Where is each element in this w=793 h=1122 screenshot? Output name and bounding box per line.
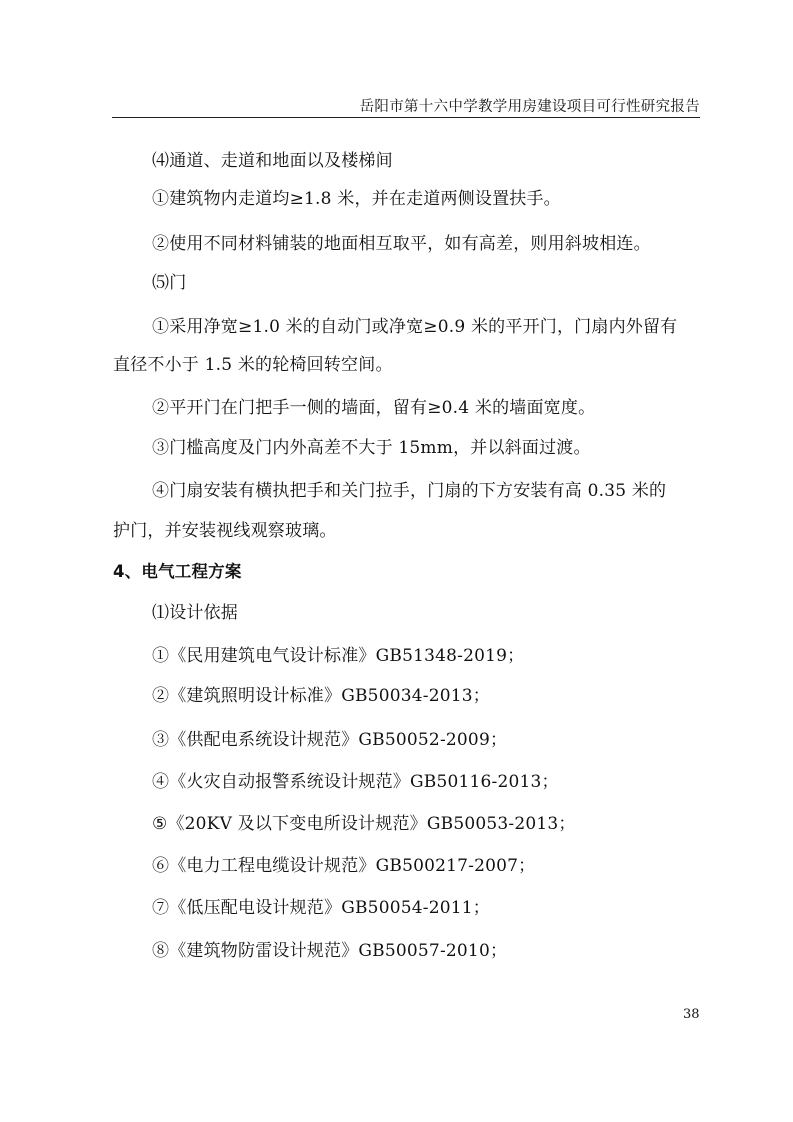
paragraph-line: ②平开门在门把手一侧的墙面，留有≥0.4 米的墙面宽度。 (152, 393, 595, 418)
standard-item: ⑧《建筑物防雷设计规范》GB50057-2010； (152, 936, 507, 961)
standard-item: ④《火灾自动报警系统设计规范》GB50116-2013； (152, 767, 559, 792)
page-number: 38 (683, 1007, 700, 1022)
subsection-heading: ⑷通道、走道和地面以及楼梯间 (152, 146, 393, 171)
subsection-heading: ⑸门 (152, 268, 186, 293)
paragraph-line: ④门扇安装有横执把手和关门拉手，门扇的下方安装有高 0.35 米的 (152, 476, 666, 501)
subsection-heading: ⑴设计依据 (152, 598, 238, 623)
paragraph-line: ①采用净宽≥1.0 米的自动门或净宽≥0.9 米的平开门，门扇内外留有 (152, 312, 677, 337)
paragraph-line: 护门，并安装视线观察玻璃。 (113, 516, 337, 541)
paragraph-line: ②使用不同材料铺装的地面相互取平，如有高差，则用斜坡相连。 (152, 229, 651, 254)
document-title: 岳阳市第十六中学教学用房建设项目可行性研究报告 (360, 95, 700, 116)
paragraph-line: ①建筑物内走道均≥1.8 米，并在走道两侧设置扶手。 (152, 184, 561, 209)
standard-item: ⑥《电力工程电缆设计规范》GB500217-2007； (152, 851, 535, 876)
standard-item: ②《建筑照明设计标准》GB50034-2013； (152, 681, 490, 706)
section-heading: 4、电气工程方案 (113, 558, 242, 582)
paragraph-line: ③门槛高度及门内外高差不大于 15mm，并以斜面过渡。 (152, 433, 591, 458)
standard-item: ⑤《20KV 及以下变电所设计规范》GB50053-2013； (152, 809, 576, 834)
paragraph-line: 直径不小于 1.5 米的轮椅回转空间。 (113, 350, 393, 375)
standard-item: ①《民用建筑电气设计标准》GB51348-2019； (152, 641, 524, 666)
standard-item: ③《供配电系统设计规范》GB50052-2009； (152, 725, 507, 750)
page-header: 岳阳市第十六中学教学用房建设项目可行性研究报告 (112, 93, 700, 118)
standard-item: ⑦《低压配电设计规范》GB50054-2011； (152, 893, 490, 918)
